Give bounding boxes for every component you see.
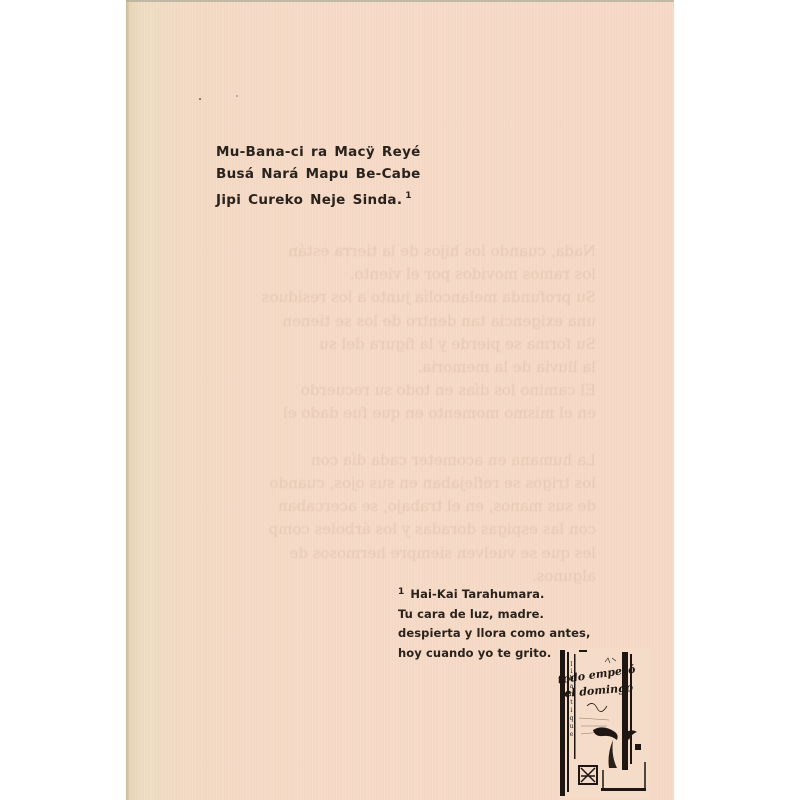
footnote-reference: 1 — [405, 191, 412, 201]
poem-line: Jipi Cureko Neje Sinda.1 — [216, 185, 421, 211]
paper-speck — [199, 98, 201, 100]
book-cover-stamp-image: libantique todo empezó el domingo — [557, 648, 650, 798]
footnote-title: Hai-Kai Tarahumara. — [410, 587, 544, 601]
tarahumara-poem: Mu-Bana-ci ra Macÿ Reyé Busá Nará Mapu B… — [216, 141, 421, 211]
footnote-line: despierta y llora como antes, — [398, 624, 590, 644]
poem-line: Mu-Bana-ci ra Macÿ Reyé — [216, 141, 421, 163]
poem-line-text: Jipi Cureko Neje Sinda. — [216, 192, 402, 208]
paper-speck — [236, 95, 238, 97]
poem-line-text: Busá Nará Mapu Be-Cabe — [216, 166, 421, 182]
footnote-title-line: 1Hai-Kai Tarahumara. — [398, 583, 590, 605]
poem-line-text: Mu-Bana-ci ra Macÿ Reyé — [216, 144, 421, 160]
bleed-through-text: Nada, cuando los hijos de la tierra está… — [226, 240, 596, 588]
book-page: Nada, cuando los hijos de la tierra está… — [126, 0, 674, 800]
footnote-line: Tu cara de luz, madre. — [398, 605, 590, 625]
footnote-number: 1 — [398, 587, 404, 597]
poem-line: Busá Nará Mapu Be-Cabe — [216, 163, 421, 185]
